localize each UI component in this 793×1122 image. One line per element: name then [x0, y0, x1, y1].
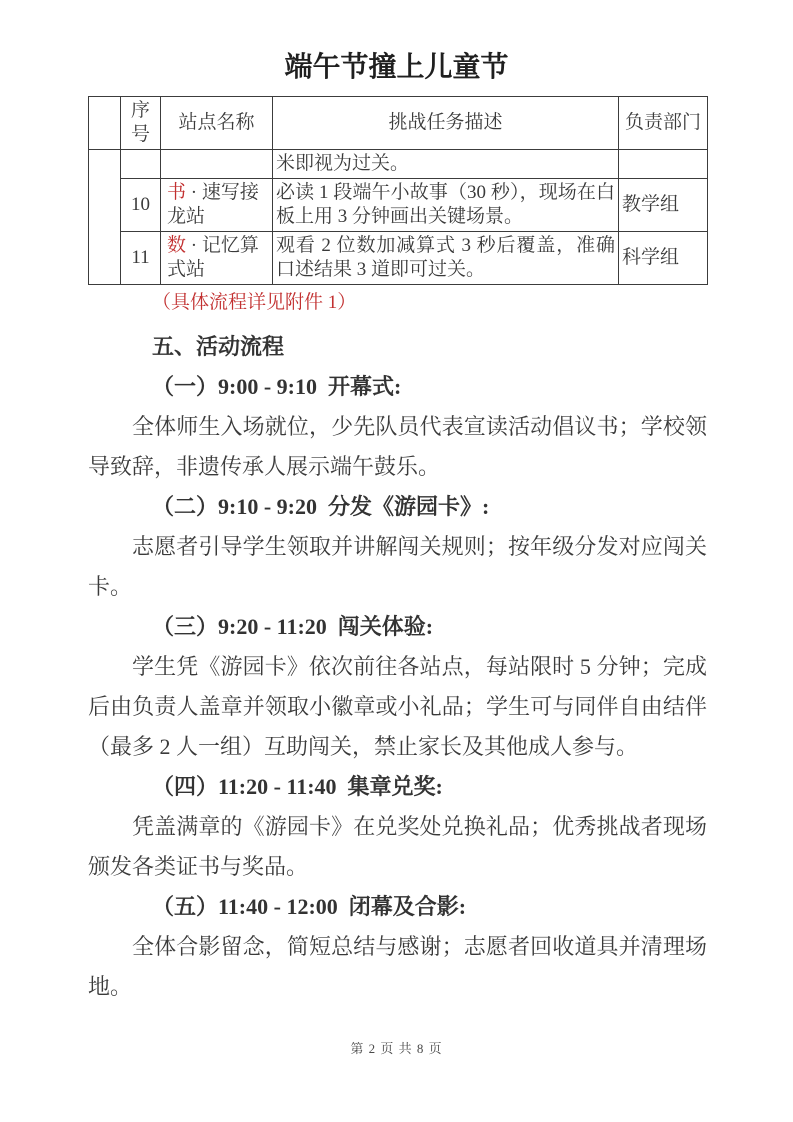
- cell-no-empty: [121, 150, 161, 179]
- cell-dept: 教学组: [619, 179, 708, 232]
- table-header-dept: 负责部门: [619, 97, 708, 150]
- table-row: 11 数 · 记忆算式站 观看 2 位数加减算式 3 秒后覆盖，准确口述结果 3…: [89, 232, 708, 285]
- table-header-task: 挑战任务描述: [273, 97, 619, 150]
- paragraph-opening: 全体师生入场就位，少先队员代表宣读活动倡议书；学校领导致辞，非遗传承人展示端午鼓…: [88, 407, 707, 487]
- cell-task-continuation: 米即视为过关。: [273, 150, 619, 179]
- subheading-closing-photo: （五）11:40 - 12:00 闭幕及合影:: [152, 887, 707, 927]
- subheading-card-distribution: （二）9:10 - 9:20 分发《游园卡》:: [152, 487, 707, 527]
- station-prefix-highlight: 书: [167, 182, 186, 203]
- subheading-stamp-redemption: （四）11:20 - 11:40 集章兑奖:: [152, 767, 707, 807]
- cell-no: 11: [121, 232, 161, 285]
- paragraph-challenge-experience: 学生凭《游园卡》依次前往各站点，每站限时 5 分钟；完成后由负责人盖章并领取小徽…: [88, 647, 707, 767]
- page-title: 端午节撞上儿童节: [0, 52, 793, 84]
- cell-no: 10: [121, 179, 161, 232]
- subheading-challenge-experience: （三）9:20 - 11:20 闯关体验:: [152, 607, 707, 647]
- cell-dept-empty: [619, 150, 708, 179]
- cell-task: 观看 2 位数加减算式 3 秒后覆盖，准确口述结果 3 道即可过关。: [273, 232, 619, 285]
- subheading-opening: （一）9:00 - 9:10 开幕式:: [152, 367, 707, 407]
- attachment-note: （具体流程详见附件 1）: [152, 291, 707, 315]
- paragraph-stamp-redemption: 凭盖满章的《游园卡》在兑奖处兑换礼品；优秀挑战者现场颁发各类证书与奖品。: [88, 807, 707, 887]
- paragraph-closing-photo: 全体合影留念，简短总结与感谢；志愿者回收道具并清理场地。: [88, 927, 707, 1007]
- cell-task: 必读 1 段端午小故事（30 秒），现场在白板上用 3 分钟画出关键场景。: [273, 179, 619, 232]
- cell-station-empty: [161, 150, 273, 179]
- page-number-footer: 第 2 页 共 8 页: [0, 1038, 793, 1057]
- section-heading: 五、活动流程: [152, 327, 707, 367]
- document-body: 序号 站点名称 挑战任务描述 负责部门 米即视为过关。 10 书 · 速写接龙站…: [0, 96, 793, 1007]
- table-row: 10 书 · 速写接龙站 必读 1 段端午小故事（30 秒），现场在白板上用 3…: [89, 179, 708, 232]
- paragraph-card-distribution: 志愿者引导学生领取并讲解闯关规则；按年级分发对应闯关卡。: [88, 527, 707, 607]
- challenge-stations-table: 序号 站点名称 挑战任务描述 负责部门 米即视为过关。 10 书 · 速写接龙站…: [88, 96, 708, 285]
- station-prefix-highlight: 数: [167, 235, 186, 256]
- table-row-continuation: 米即视为过关。: [89, 150, 708, 179]
- table-header-station: 站点名称: [161, 97, 273, 150]
- table-header-row: 序号 站点名称 挑战任务描述 负责部门: [89, 97, 708, 150]
- cell-dept: 科学组: [619, 232, 708, 285]
- table-header-gutter-cell: [89, 97, 121, 150]
- table-header-no: 序号: [121, 97, 161, 150]
- cell-station: 书 · 速写接龙站: [161, 179, 273, 232]
- table-gutter-cell: [89, 150, 121, 285]
- cell-station: 数 · 记忆算式站: [161, 232, 273, 285]
